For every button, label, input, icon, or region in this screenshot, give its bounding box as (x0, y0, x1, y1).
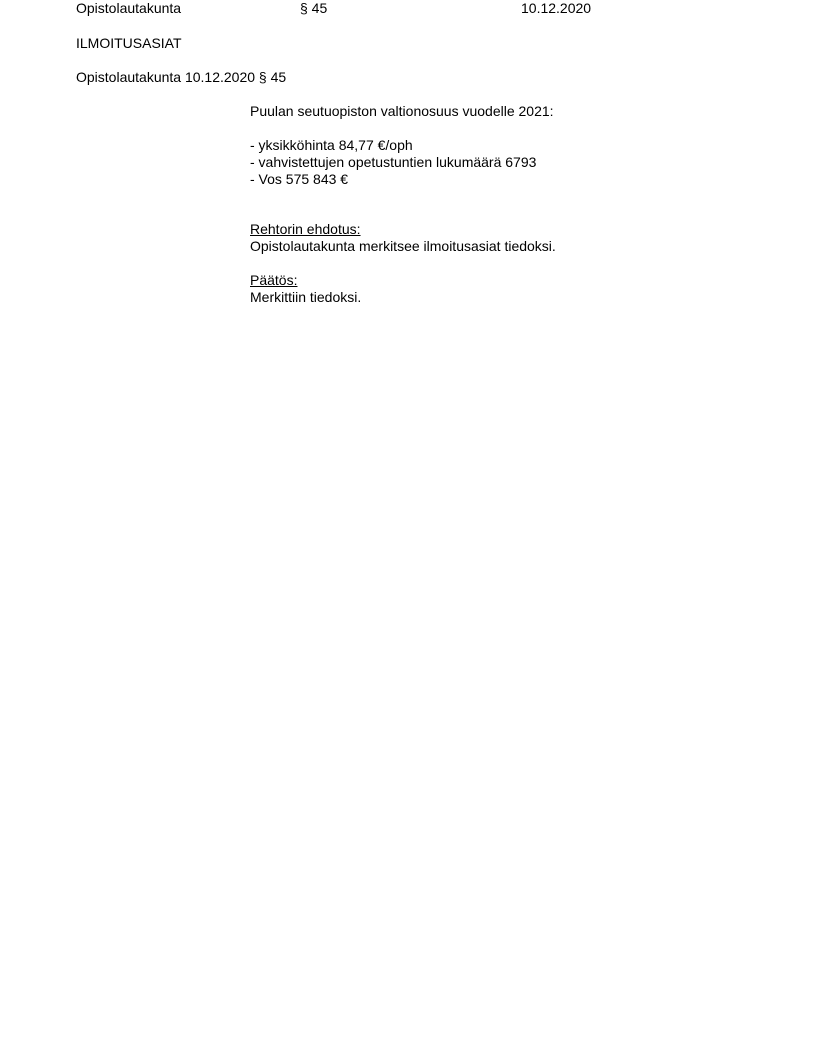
proposal-heading: Rehtorin ehdotus: (250, 221, 361, 238)
document-title: ILMOITUSASIAT (76, 35, 182, 52)
header-committee: Opistolautakunta (76, 0, 181, 17)
list-item: - yksikköhinta 84,77 €/oph (250, 137, 413, 154)
header-section: § 45 (300, 0, 327, 17)
body-intro: Puulan seutuopiston valtionosuus vuodell… (250, 103, 554, 120)
decision-heading: Päätös: (250, 272, 297, 289)
list-item: - vahvistettujen opetustuntien lukumäärä… (250, 154, 536, 171)
proposal-text: Opistolautakunta merkitsee ilmoitusasiat… (250, 238, 556, 255)
header-date: 10.12.2020 (521, 0, 591, 17)
decision-text: Merkittiin tiedoksi. (250, 289, 361, 306)
meeting-reference: Opistolautakunta 10.12.2020 § 45 (76, 69, 286, 86)
list-item: - Vos 575 843 € (250, 171, 348, 188)
